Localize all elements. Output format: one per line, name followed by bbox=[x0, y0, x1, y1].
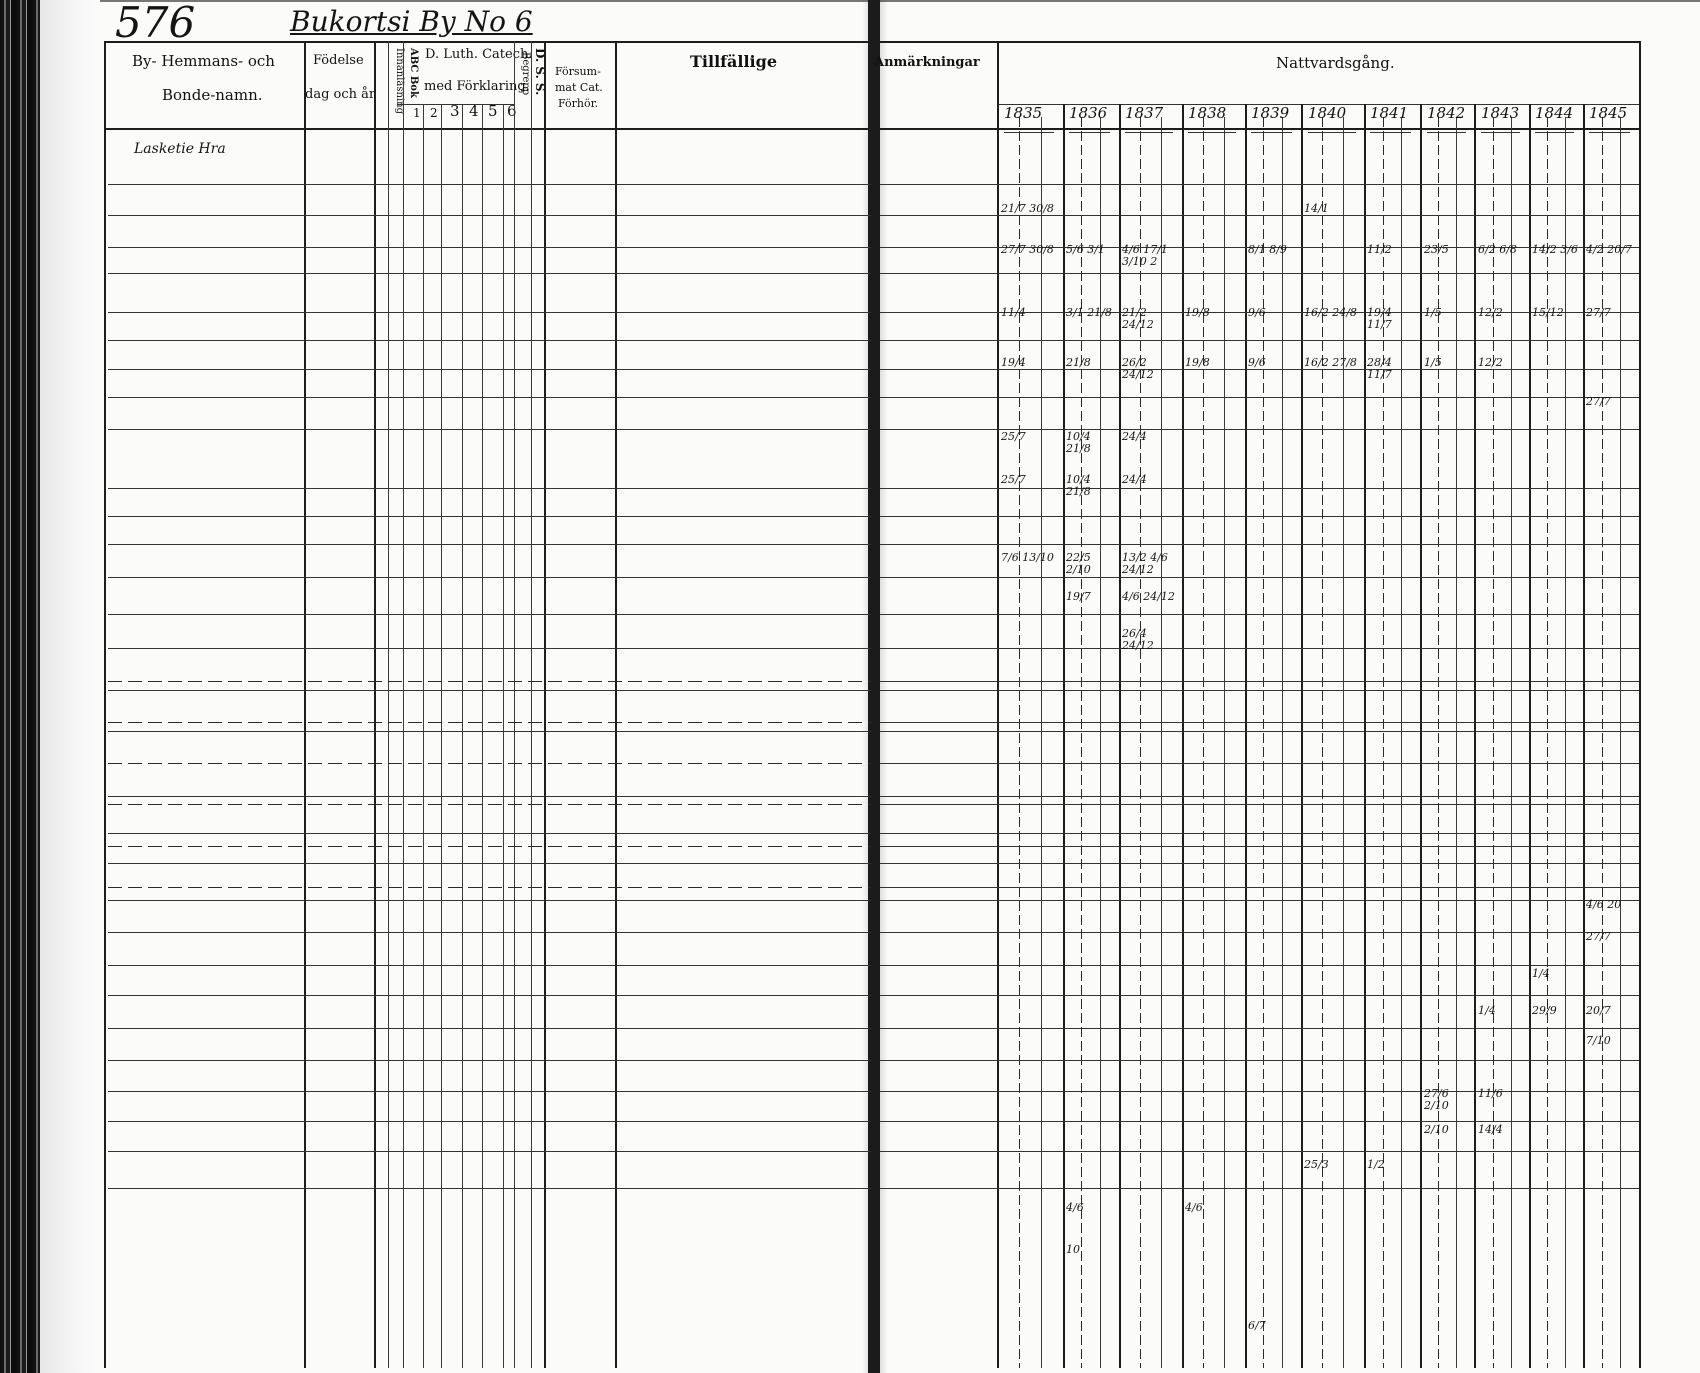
page-number: 576 bbox=[115, 2, 195, 44]
communion-entry: 4/6 17/1 3/10 2 bbox=[1122, 244, 1181, 268]
year-col-rule bbox=[1182, 104, 1184, 1368]
header-tillfallige: Tillfällige bbox=[690, 54, 777, 70]
year-sub-col-rule bbox=[1620, 117, 1621, 1368]
row-rule-left bbox=[108, 648, 871, 649]
blank-row-rule-left bbox=[108, 763, 871, 764]
row-rule-right bbox=[880, 215, 1639, 216]
year-header-1844: 1844 bbox=[1535, 106, 1573, 121]
communion-entry: 11/2 bbox=[1367, 244, 1419, 256]
year-header-1839: 1839 bbox=[1251, 106, 1289, 121]
year-col-rule bbox=[1364, 104, 1366, 1368]
communion-entry: 1/2 bbox=[1367, 1159, 1419, 1171]
blank-row-rule-left bbox=[108, 804, 871, 805]
header-abc-bok: ABC Bok bbox=[408, 48, 418, 98]
row-rule-right bbox=[880, 863, 1639, 864]
year-col-rule bbox=[1583, 104, 1585, 1368]
communion-entry: 16/2 27/8 bbox=[1304, 357, 1363, 369]
row-rule-left bbox=[108, 863, 871, 864]
year-sub-col-rule bbox=[1161, 117, 1162, 1368]
communion-entry: 22/5 2/10 bbox=[1066, 552, 1118, 576]
communion-entry: 14/4 bbox=[1478, 1124, 1528, 1136]
year-underline bbox=[1427, 132, 1466, 133]
row-rule-right bbox=[880, 614, 1639, 615]
year-underline bbox=[1370, 132, 1411, 133]
row-rule-left bbox=[108, 1060, 871, 1061]
column-rule-catech-col-right bbox=[514, 41, 515, 1368]
communion-entry: 24/4 bbox=[1122, 431, 1181, 443]
year-underline bbox=[1069, 132, 1110, 133]
year-header-1835: 1835 bbox=[1004, 106, 1042, 121]
year-col-rule bbox=[1301, 104, 1303, 1368]
communion-entry: 4/6 20 bbox=[1586, 899, 1638, 911]
communion-entry: 1/4 bbox=[1478, 1005, 1528, 1017]
communion-entry: 12/2 bbox=[1478, 307, 1528, 319]
row-rule-left bbox=[108, 544, 871, 545]
year-sub-col-rule bbox=[1203, 117, 1204, 1368]
communion-entry: 24/4 bbox=[1122, 474, 1181, 486]
year-sub-col-rule bbox=[1602, 117, 1603, 1368]
year-sub-col-rule bbox=[1547, 117, 1548, 1368]
header-begrepp: Begrepp bbox=[520, 52, 530, 95]
blank-row-rule-left bbox=[108, 887, 871, 888]
communion-entry: 27/7 30/8 bbox=[1001, 244, 1062, 256]
binding-shadow bbox=[40, 0, 100, 1373]
column-rule-anmarkningar-right bbox=[997, 41, 999, 1368]
row-rule-right bbox=[880, 900, 1639, 901]
year-header-1841: 1841 bbox=[1370, 106, 1408, 121]
year-underline bbox=[1251, 132, 1292, 133]
row-rule-right bbox=[880, 1060, 1639, 1061]
blank-row-rule-right bbox=[880, 804, 1639, 805]
year-sub-col-rule bbox=[1401, 117, 1402, 1368]
header-catech-line1: D. Luth. Catech. bbox=[425, 48, 533, 61]
row-rule-right bbox=[880, 516, 1639, 517]
year-sub-col-rule bbox=[1282, 117, 1283, 1368]
row-rule-right bbox=[880, 429, 1639, 430]
column-rule-catech-2 bbox=[423, 104, 424, 1368]
header-catech-sub-1: 1 bbox=[413, 107, 421, 119]
year-underline bbox=[1589, 132, 1630, 133]
header-catech-sub-4: 4 bbox=[469, 104, 479, 119]
year-col-rule bbox=[1119, 104, 1121, 1368]
column-rule-dss-col-right bbox=[531, 41, 532, 1368]
communion-entry: 27/7 bbox=[1586, 307, 1638, 319]
year-header-1845: 1845 bbox=[1589, 106, 1627, 121]
year-underline bbox=[1308, 132, 1356, 133]
communion-entry: 4/6 24/12 bbox=[1122, 591, 1181, 603]
communion-entry: 25/7 bbox=[1001, 474, 1062, 486]
year-sub-col-rule bbox=[1383, 117, 1384, 1368]
section-label: Lasketie Hra bbox=[134, 142, 226, 156]
blank-row-rule-right bbox=[880, 763, 1639, 764]
row-rule-left bbox=[108, 995, 871, 996]
communion-entry: 27/7 bbox=[1586, 396, 1638, 408]
communion-entry: 10 bbox=[1066, 1244, 1118, 1256]
header-name-line2: Bonde-namn. bbox=[162, 88, 263, 103]
communion-entry: 1/5 bbox=[1424, 357, 1474, 369]
communion-entry: 14/2 3/6 bbox=[1532, 244, 1582, 256]
row-rule-right bbox=[880, 544, 1639, 545]
row-rule-left bbox=[108, 1091, 871, 1092]
row-rule-right bbox=[880, 273, 1639, 274]
row-rule-right bbox=[880, 1188, 1639, 1189]
header-catech-sub-5: 5 bbox=[488, 104, 498, 119]
communion-entry: 6/2 6/8 bbox=[1478, 244, 1528, 256]
year-header-1838: 1838 bbox=[1188, 106, 1226, 121]
communion-entry: 16/2 24/8 bbox=[1304, 307, 1363, 319]
communion-entry: 26/4 24/12 bbox=[1122, 628, 1181, 652]
year-col-rule bbox=[1529, 104, 1531, 1368]
communion-entry: 10/4 21/8 bbox=[1066, 431, 1118, 455]
year-header-1836: 1836 bbox=[1069, 106, 1107, 121]
year-sub-col-rule bbox=[1041, 117, 1042, 1368]
row-rule-right bbox=[880, 184, 1639, 185]
row-rule-left bbox=[108, 1188, 871, 1189]
communion-entry: 2/10 bbox=[1424, 1124, 1474, 1136]
row-rule-left bbox=[108, 340, 871, 341]
blank-row-rule-right bbox=[880, 722, 1639, 723]
page-gutter bbox=[868, 0, 880, 1373]
header-top-rule-left bbox=[104, 41, 872, 43]
year-header-1837: 1837 bbox=[1125, 106, 1163, 121]
year-col-rule bbox=[1245, 104, 1247, 1368]
year-sub-col-rule bbox=[1019, 117, 1020, 1368]
year-underline bbox=[1535, 132, 1574, 133]
blank-row-rule-left bbox=[108, 846, 871, 847]
year-sub-col-rule bbox=[1140, 117, 1141, 1368]
row-rule-right bbox=[880, 690, 1639, 691]
header-bottom-rule-left bbox=[104, 128, 872, 130]
header-forsummat-line3: Förhör. bbox=[558, 98, 598, 109]
year-sub-col-rule bbox=[1511, 117, 1512, 1368]
communion-entry: 29/9 bbox=[1532, 1005, 1582, 1017]
register-scan bbox=[0, 0, 1700, 1373]
book-binding bbox=[0, 0, 40, 1373]
row-rule-right bbox=[880, 731, 1639, 732]
row-rule-right bbox=[880, 796, 1639, 797]
row-rule-left bbox=[108, 312, 871, 313]
row-rule-left bbox=[108, 184, 871, 185]
communion-entry: 20/7 bbox=[1586, 1005, 1638, 1017]
communion-entry: 3/1 21/8 bbox=[1066, 307, 1118, 319]
communion-entry: 7/6 13/10 bbox=[1001, 552, 1062, 564]
year-sub-col-rule bbox=[1493, 117, 1494, 1368]
row-rule-right bbox=[880, 340, 1639, 341]
communion-entry: 21/2 24/12 bbox=[1122, 307, 1181, 331]
communion-entry: 11/4 bbox=[1001, 307, 1062, 319]
communion-entry: 12/2 bbox=[1478, 357, 1528, 369]
communion-entry: 1/4 bbox=[1532, 968, 1582, 980]
communion-entry: 27/6 2/10 bbox=[1424, 1088, 1474, 1112]
header-anmarkningar: Anmärkningar bbox=[874, 56, 980, 69]
year-sub-col-rule bbox=[1081, 117, 1082, 1368]
year-col-rule bbox=[1420, 104, 1422, 1368]
column-rule-catech-3 bbox=[441, 104, 442, 1368]
column-rule-catech-4 bbox=[462, 104, 463, 1368]
communion-entry: 4/6 bbox=[1066, 1202, 1118, 1214]
blank-row-rule-left bbox=[108, 722, 871, 723]
communion-entry: 4/2 20/7 bbox=[1586, 244, 1638, 256]
year-underline bbox=[1004, 132, 1054, 133]
row-rule-left bbox=[108, 215, 871, 216]
year-sub-col-rule bbox=[1224, 117, 1225, 1368]
blank-row-rule-left bbox=[108, 681, 871, 682]
communion-entry: 19/4 bbox=[1001, 357, 1062, 369]
year-sub-col-rule bbox=[1343, 117, 1344, 1368]
blank-row-rule-right bbox=[880, 846, 1639, 847]
communion-entry: 13/2 4/6 24/12 bbox=[1122, 552, 1181, 576]
header-top-rule-right bbox=[880, 41, 1639, 43]
communion-entry: 25/7 bbox=[1001, 431, 1062, 443]
row-rule-left bbox=[108, 731, 871, 732]
row-rule-left bbox=[108, 247, 871, 248]
page-heading: Bukortsi By No 6 bbox=[290, 8, 533, 36]
year-sub-col-rule bbox=[1456, 117, 1457, 1368]
year-sub-col-rule bbox=[1322, 117, 1323, 1368]
header-birth-line2: dag och år bbox=[305, 88, 375, 101]
header-catech-sub-3: 3 bbox=[450, 104, 460, 119]
year-header-1842: 1842 bbox=[1427, 106, 1465, 121]
communion-entry: 25/3 bbox=[1304, 1159, 1363, 1171]
communion-entry: 27/7 bbox=[1586, 931, 1638, 943]
communion-entry: 23/5 bbox=[1424, 244, 1474, 256]
row-rule-right bbox=[880, 995, 1639, 996]
row-rule-left bbox=[108, 1028, 871, 1029]
communion-entry: 8/1 8/9 bbox=[1248, 244, 1300, 256]
row-rule-left bbox=[108, 577, 871, 578]
column-rule-birth-col-left bbox=[304, 41, 306, 1368]
column-rule-abc-col-left bbox=[374, 41, 376, 1368]
scan-top-edge bbox=[0, 0, 1700, 2]
column-rule-tillfallige-col-left bbox=[615, 41, 617, 1368]
row-rule-right bbox=[880, 397, 1639, 398]
blank-row-rule-right bbox=[880, 887, 1639, 888]
row-rule-left bbox=[108, 1121, 871, 1122]
row-rule-left bbox=[108, 796, 871, 797]
column-rule-name-col-left bbox=[104, 41, 106, 1368]
row-rule-left bbox=[108, 833, 871, 834]
row-rule-right bbox=[880, 648, 1639, 649]
communion-entry: 5/6 3/1 bbox=[1066, 244, 1118, 256]
row-rule-left bbox=[108, 516, 871, 517]
row-rule-right bbox=[880, 577, 1639, 578]
row-rule-right bbox=[880, 965, 1639, 966]
communion-entry: 19/8 bbox=[1185, 357, 1244, 369]
row-rule-right bbox=[880, 932, 1639, 933]
row-rule-right bbox=[880, 833, 1639, 834]
row-rule-left bbox=[108, 369, 871, 370]
column-rule-right-edge bbox=[1639, 41, 1641, 1368]
header-catech-sub-6: 6 bbox=[507, 104, 517, 119]
row-rule-right bbox=[880, 488, 1639, 489]
communion-entry: 19/4 11/7 bbox=[1367, 307, 1419, 331]
communion-entry: 4/6 bbox=[1185, 1202, 1244, 1214]
row-rule-left bbox=[108, 932, 871, 933]
row-rule-left bbox=[108, 965, 871, 966]
row-rule-left bbox=[108, 614, 871, 615]
column-rule-innan-col-left bbox=[388, 41, 389, 1368]
communion-entry: 9/6 bbox=[1248, 357, 1300, 369]
header-forsummat-line1: Försum- bbox=[555, 66, 601, 77]
communion-entry: 19/7 bbox=[1066, 591, 1118, 603]
communion-entry: 21/7 30/8 bbox=[1001, 203, 1062, 215]
column-rule-catech-6 bbox=[503, 104, 504, 1368]
header-forsummat-line2: mat Cat. bbox=[555, 82, 603, 93]
row-rule-right bbox=[880, 1151, 1639, 1152]
communion-entry: 19/8 bbox=[1185, 307, 1244, 319]
year-sub-col-rule bbox=[1438, 117, 1439, 1368]
catech-sub-rule bbox=[397, 104, 514, 105]
communion-entry: 15/12 bbox=[1532, 307, 1582, 319]
communion-entry: 10/4 21/8 bbox=[1066, 474, 1118, 498]
year-header-1843: 1843 bbox=[1481, 106, 1519, 121]
communion-entry: 11/6 bbox=[1478, 1088, 1528, 1100]
year-col-rule bbox=[1474, 104, 1476, 1368]
year-underline bbox=[1188, 132, 1236, 133]
column-rule-catech-col-left bbox=[403, 41, 404, 1368]
row-rule-left bbox=[108, 397, 871, 398]
year-underline bbox=[1125, 132, 1173, 133]
year-sub-col-rule bbox=[1263, 117, 1264, 1368]
row-rule-left bbox=[108, 429, 871, 430]
row-rule-left bbox=[108, 900, 871, 901]
header-bottom-rule-right bbox=[880, 128, 1639, 130]
row-rule-left bbox=[108, 690, 871, 691]
communion-entry: 6/7 bbox=[1248, 1320, 1300, 1332]
year-underline bbox=[1481, 132, 1520, 133]
year-header-1840: 1840 bbox=[1308, 106, 1346, 121]
communion-entry: 9/6 bbox=[1248, 307, 1300, 319]
communion-entry: 28/4 11/7 bbox=[1367, 357, 1419, 381]
blank-row-rule-right bbox=[880, 681, 1639, 682]
year-sub-col-rule bbox=[1100, 117, 1101, 1368]
column-rule-catech-5 bbox=[482, 104, 483, 1368]
communion-entry: 7/10 bbox=[1586, 1035, 1638, 1047]
row-rule-left bbox=[108, 488, 871, 489]
communion-entry: 1/5 bbox=[1424, 307, 1474, 319]
row-rule-left bbox=[108, 1151, 871, 1152]
header-birth-line1: Födelse bbox=[313, 54, 364, 67]
header-name-line1: By- Hemmans- och bbox=[132, 54, 275, 69]
communion-entry: 14/1 bbox=[1304, 203, 1363, 215]
row-rule-right bbox=[880, 1121, 1639, 1122]
header-nattvardsgang: Nattvardsgång. bbox=[1276, 56, 1395, 71]
row-rule-right bbox=[880, 369, 1639, 370]
communion-entry: 21/8 bbox=[1066, 357, 1118, 369]
row-rule-left bbox=[108, 273, 871, 274]
year-col-rule bbox=[1063, 104, 1065, 1368]
year-sub-col-rule bbox=[1565, 117, 1566, 1368]
communion-entry: 26/2 24/12 bbox=[1122, 357, 1181, 381]
header-catech-sub-2: 2 bbox=[430, 107, 438, 119]
column-rule-forsummat-col-left bbox=[544, 41, 546, 1368]
row-rule-right bbox=[880, 1028, 1639, 1029]
